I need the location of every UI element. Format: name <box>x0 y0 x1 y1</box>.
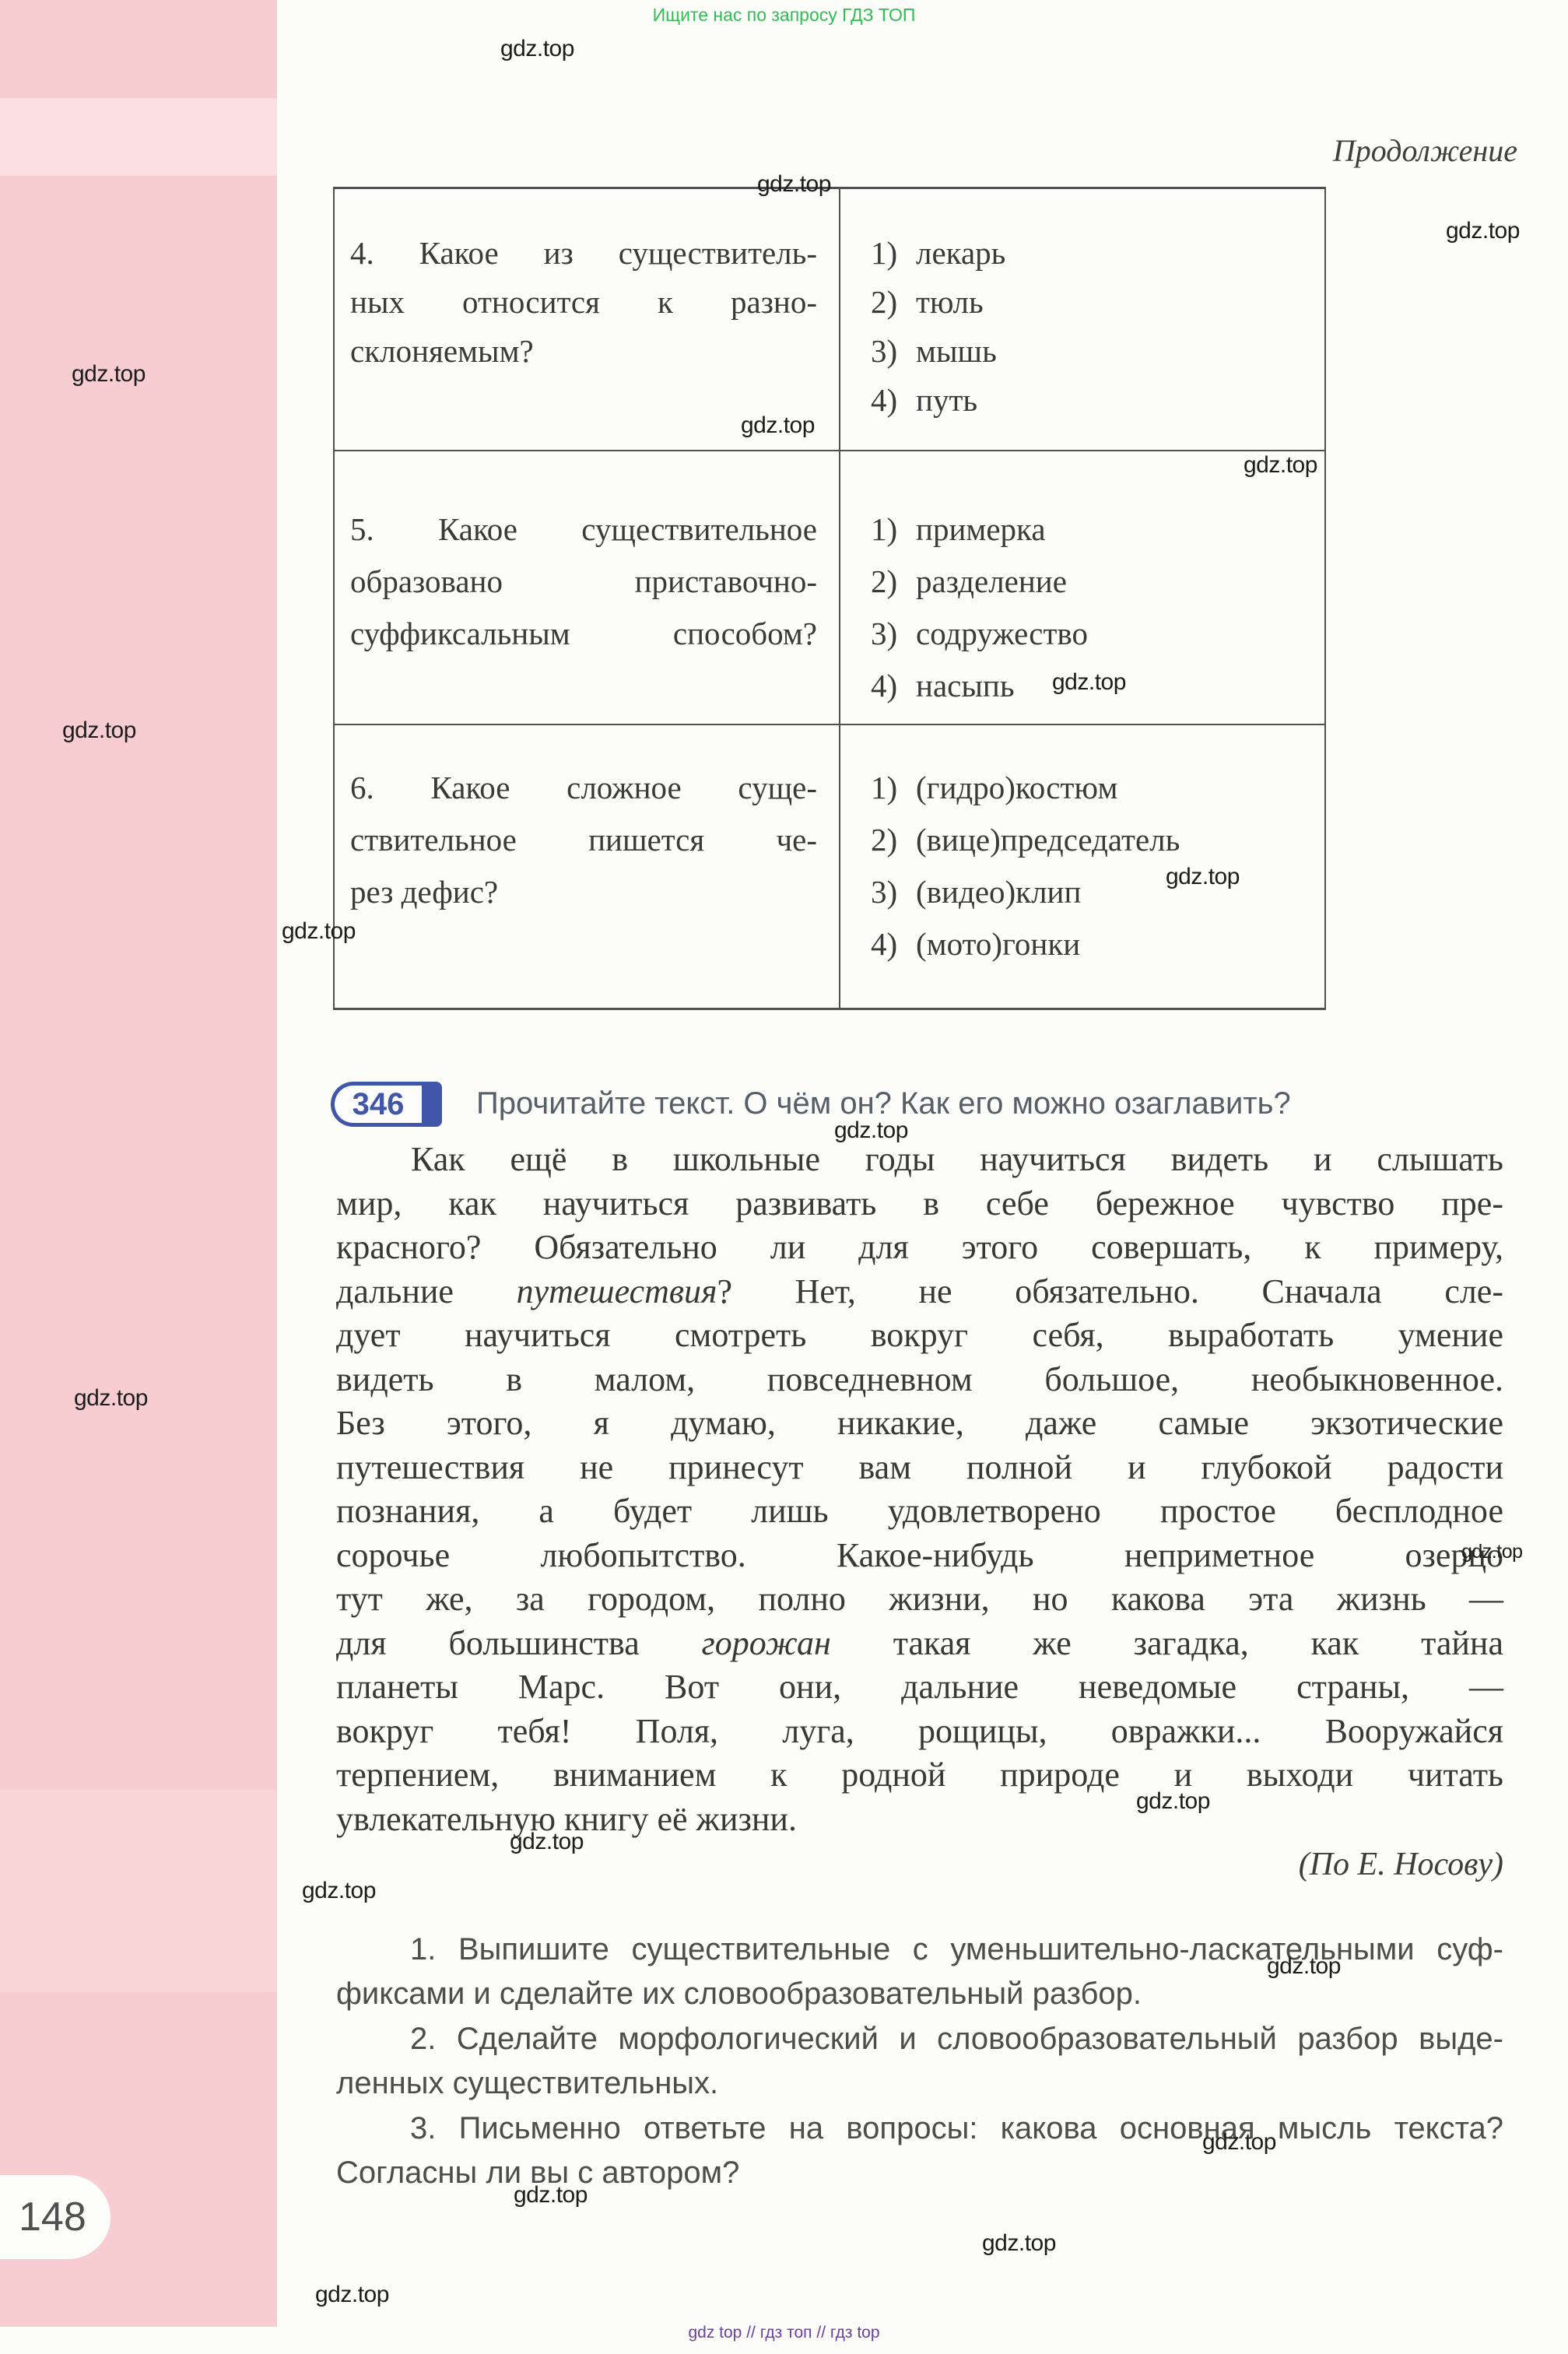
option-text: тюль <box>916 284 984 320</box>
watermark: gdz.top <box>1136 1788 1210 1815</box>
option-text: (видео)клип <box>916 874 1081 910</box>
watermark: gdz.top <box>1244 452 1317 479</box>
paragraph-line: Без этого, я думаю, никакие, даже самые … <box>336 1402 1503 1445</box>
italic-word: путешествия <box>517 1272 717 1310</box>
table-border-row2 <box>333 724 1326 725</box>
q4-option-4: 4)путь <box>871 379 977 421</box>
option-number: 1) <box>871 767 916 809</box>
option-number: 4) <box>871 923 916 965</box>
task2-line2: ленных существительных. <box>336 2063 1503 2103</box>
option-number: 3) <box>871 612 916 654</box>
option-text: (вице)председатель <box>916 822 1180 858</box>
watermark: gdz.top <box>302 1878 376 1904</box>
paragraph-line: видеть в малом, повседневном большое, не… <box>336 1358 1503 1402</box>
paragraph-line: сорочье любопытство. Какое-нибудь неприм… <box>336 1534 1503 1577</box>
option-number: 1) <box>871 508 916 550</box>
italic-word: горожан <box>702 1624 831 1662</box>
line-segment: такая же загадка, как тайна <box>831 1624 1503 1662</box>
q6-option-1: 1)(гидро)костюм <box>871 767 1117 809</box>
watermark: gdz.top <box>500 36 574 62</box>
table-divider <box>839 187 840 1008</box>
option-number: 3) <box>871 330 916 372</box>
option-text: (мото)гонки <box>916 926 1080 962</box>
paragraph-line: красного? Обязательно ли для этого совер… <box>336 1226 1503 1269</box>
watermark: gdz.top <box>72 361 146 388</box>
q6-option-3: 3)(видео)клип <box>871 871 1081 913</box>
q6-line2: ствительное пишется че- <box>350 819 817 861</box>
pink-strip-highlight <box>0 98 277 176</box>
q4-line1: 4. Какое из существитель- <box>350 232 817 274</box>
paragraph-line: для большинства горожан такая же загадка… <box>336 1622 1503 1665</box>
textbook-page: 148 Ищите нас по запросу ГДЗ ТОП gdz top… <box>0 0 1568 2354</box>
option-number: 1) <box>871 232 916 274</box>
q4-option-2: 2)тюль <box>871 281 984 323</box>
option-text: разделение <box>916 563 1067 599</box>
q5-option-4: 4)насыпь <box>871 665 1015 707</box>
paragraph-line: мир, как научиться развивать в себе бере… <box>336 1182 1503 1226</box>
option-text: насыпь <box>916 668 1015 703</box>
q5-line2: образовано приставочно- <box>350 560 817 602</box>
watermark: gdz.top <box>74 1385 148 1412</box>
option-text: примерка <box>916 511 1046 547</box>
option-number: 4) <box>871 665 916 707</box>
watermark: gdz.top <box>757 171 831 198</box>
paragraph-line: дует научиться смотреть вокруг себя, выр… <box>336 1314 1503 1357</box>
paragraph-line: путешествия не принесут вам полной и глу… <box>336 1446 1503 1489</box>
line-segment: ? Нет, не обязательно. Сначала сле- <box>717 1272 1503 1310</box>
task3-line1: 3. Письменно ответьте на вопросы: какова… <box>336 2108 1503 2149</box>
q5-option-2: 2)разделение <box>871 560 1067 602</box>
option-text: (гидро)костюм <box>916 770 1117 805</box>
watermark: gdz.top <box>1461 1541 1523 1563</box>
q5-line3: суффиксальным способом? <box>350 612 817 654</box>
option-number: 2) <box>871 819 916 861</box>
watermark: gdz.top <box>62 717 136 744</box>
pink-strip-highlight-2 <box>0 1790 277 1992</box>
task2-line1: 2. Сделайте морфологический и словообраз… <box>336 2019 1503 2059</box>
watermark: gdz.top <box>1052 669 1126 696</box>
q5-line1: 5. Какое существительное <box>350 508 817 550</box>
table-border-row1 <box>333 450 1326 451</box>
q4-line3: склоняемым? <box>350 330 817 372</box>
watermark: gdz.top <box>315 2282 389 2308</box>
exercise-number-badge: 346 <box>331 1082 442 1127</box>
paragraph-line: Как ещё в школьные годы научиться видеть… <box>336 1138 1503 1181</box>
watermark: gdz.top <box>982 2230 1056 2257</box>
option-text: лекарь <box>916 235 1005 271</box>
option-text: мышь <box>916 333 997 369</box>
q6-option-2: 2)(вице)председатель <box>871 819 1180 861</box>
option-number: 4) <box>871 379 916 421</box>
q5-option-1: 1)примерка <box>871 508 1046 550</box>
watermark: gdz.top <box>1267 1953 1341 1980</box>
watermark: gdz.top <box>834 1117 908 1144</box>
site-note-top: Ищите нас по запросу ГДЗ ТОП <box>0 5 1568 26</box>
paragraph-line: вокруг тебя! Поля, луга, рощицы, овражки… <box>336 1710 1503 1753</box>
q6-line1: 6. Какое сложное суще- <box>350 767 817 809</box>
watermark: gdz.top <box>1202 2129 1276 2156</box>
watermark: gdz.top <box>1446 218 1520 244</box>
continuation-caption: Продолжение <box>973 132 1517 169</box>
paragraph-line: терпением, вниманием к родной природе и … <box>336 1753 1503 1797</box>
line-segment: для большинства <box>336 1624 702 1662</box>
paragraph-line: планеты Марс. Вот они, дальние неведомые… <box>336 1665 1503 1709</box>
table-border-left <box>333 187 335 1010</box>
option-text: содружество <box>916 616 1088 651</box>
option-number: 2) <box>871 560 916 602</box>
exercise-prompt: Прочитайте текст. О чём он? Как его можн… <box>476 1086 1503 1121</box>
table-border-bottom <box>333 1008 1326 1010</box>
watermark: gdz.top <box>510 1829 584 1855</box>
q6-option-4: 4)(мото)гонки <box>871 923 1080 965</box>
q6-line3: рез дефис? <box>350 871 817 913</box>
watermark: gdz.top <box>514 2182 588 2208</box>
table-border-right <box>1324 187 1326 1010</box>
line-segment: дальние <box>336 1272 517 1310</box>
q5-option-3: 3)содружество <box>871 612 1088 654</box>
q4-option-3: 3)мышь <box>871 330 997 372</box>
task3-line2: Согласны ли вы с автором? <box>336 2152 1503 2193</box>
q4-line2: ных относится к разно- <box>350 281 817 323</box>
paragraph-line: тут же, за городом, полно жизни, но како… <box>336 1577 1503 1621</box>
page-number: 148 <box>0 2175 110 2259</box>
watermark: gdz.top <box>1166 864 1240 890</box>
watermark: gdz.top <box>741 412 815 439</box>
option-number: 3) <box>871 871 916 913</box>
paragraph-line: дальние путешествия? Нет, не обязательно… <box>336 1270 1503 1314</box>
option-number: 2) <box>871 281 916 323</box>
paragraph-line: познания, а будет лишь удовлетворено про… <box>336 1489 1503 1533</box>
option-text: путь <box>916 382 977 418</box>
q4-option-1: 1)лекарь <box>871 232 1005 274</box>
site-note-bottom: gdz top // гдз топ // гдз top <box>0 2324 1568 2342</box>
watermark: gdz.top <box>282 918 356 945</box>
